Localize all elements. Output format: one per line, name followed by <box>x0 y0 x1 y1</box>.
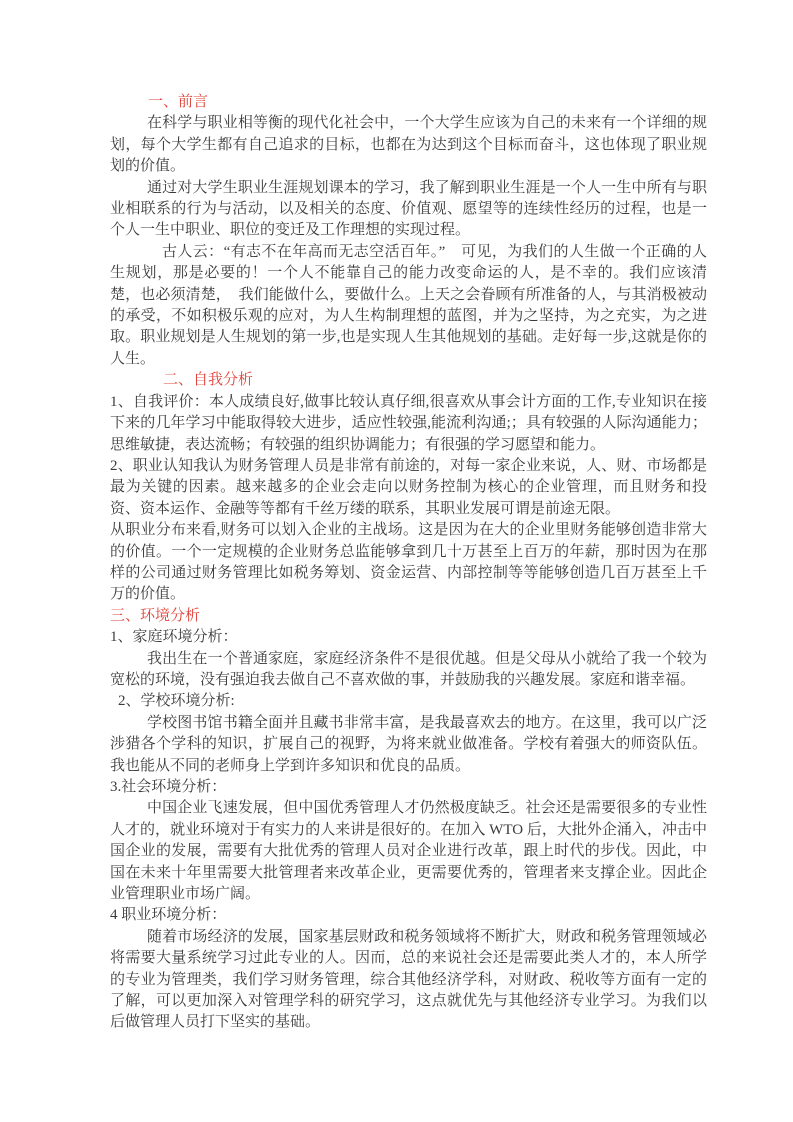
paragraph-preface-2: 通过对大学生职业生涯规划课本的学习，我了解到职业生涯是一个人一生中所有与职业相联… <box>110 178 707 242</box>
paragraph-school-environment: 学校图书馆书籍全面并且藏书非常丰富，是我最喜欢去的地方。在这里，我可以广泛涉猎各… <box>110 713 707 777</box>
paragraph-preface-3: 古人云：“有志不在年高而无志空活百年。” 可见，为我们的人生做一个正确的人生规划… <box>110 242 707 370</box>
paragraph-career-environment: 随着市场经济的发展，国家基层财政和税务领域将不断扩大，财政和税务管理领域必将需要… <box>110 927 707 1034</box>
paragraph-family-environment: 我出生在一个普通家庭，家庭经济条件不是很优越。但是父母从小就给了我一个较为宽松的… <box>110 649 707 692</box>
paragraph-career-distribution: 从职业分布来看,财务可以划入企业的主战场。这是因为在大的企业里财务能够创造非常大… <box>110 520 707 606</box>
subheading-career-environment: 4 职业环境分析： <box>110 905 707 926</box>
section-heading-environment-analysis: 三、环境分析 <box>110 606 707 627</box>
paragraph-self-evaluation: 1、自我评价：本人成绩良好,做事比较认真仔细,很喜欢从事会计方面的工作,专业知识… <box>110 392 707 456</box>
paragraph-career-cognition: 2、职业认知我认为财务管理人员是非常有前途的，对每一家企业来说，人、财、市场都是… <box>110 456 707 520</box>
subheading-family-environment: 1、家庭环境分析： <box>110 627 707 648</box>
paragraph-preface-1: 在科学与职业相等衡的现代化社会中，一个大学生应该为自己的未来有一个详细的规划，每… <box>110 113 707 177</box>
section-heading-preface: 一、前言 <box>110 92 707 113</box>
document-content: 一、前言 在科学与职业相等衡的现代化社会中，一个大学生应该为自己的未来有一个详细… <box>110 92 707 1034</box>
subheading-social-environment: 3.社会环境分析： <box>110 777 707 798</box>
paragraph-social-environment: 中国企业飞速发展，但中国优秀管理人才仍然极度缺乏。社会还是需要很多的专业性人才的… <box>110 798 707 905</box>
section-heading-self-analysis: 二、自我分析 <box>110 370 707 391</box>
document-page: 一、前言 在科学与职业相等衡的现代化社会中，一个大学生应该为自己的未来有一个详细… <box>0 0 793 1122</box>
subheading-school-environment: 2、学校环境分析: <box>110 691 707 712</box>
